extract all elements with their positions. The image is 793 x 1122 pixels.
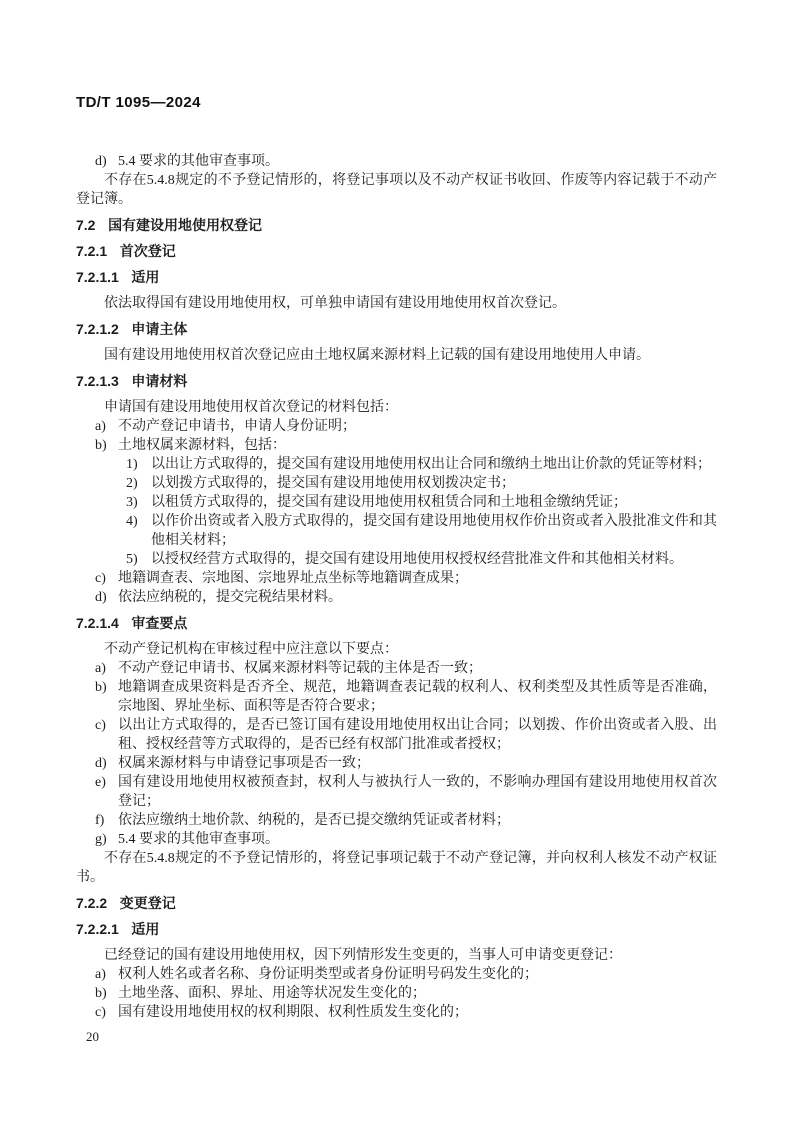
list-text: 依法应纳税的，提交完税结果材料。: [118, 590, 342, 605]
clause-number: 7.2.1.3: [76, 373, 119, 389]
clause-heading: 7.2.1.3申请材料: [76, 372, 717, 391]
list-item: a)权利人姓名或者名称、身份证明类型或者身份证明号码发生变化的；: [76, 965, 717, 984]
list-marker: d): [95, 152, 107, 171]
clause-heading: 7.2国有建设用地使用权登记: [76, 216, 717, 235]
list-text: 以出让方式取得的，是否已签订国有建设用地使用权出让合同；以划拨、作价出资或者入股…: [118, 718, 717, 752]
list-marker: c): [95, 1003, 106, 1022]
list-item: b)土地权属来源材料，包括：: [76, 436, 717, 455]
clause-title: 适用: [131, 921, 159, 937]
list-text: 5.4 要求的其他审查事项。: [118, 154, 279, 169]
list-text: 土地坐落、面积、界址、用途等状况发生变化的；: [118, 986, 426, 1001]
clause-heading: 7.2.1.4审查要点: [76, 614, 717, 633]
list-marker: b): [95, 436, 107, 455]
paragraph: 已经登记的国有建设用地使用权，因下列情形发生变更的，当事人可申请变更登记：: [76, 946, 717, 965]
list-text: 权属来源材料与申请登记事项是否一致；: [118, 756, 370, 771]
sub-list-item: 2)以划拨方式取得的，提交国有建设用地使用权划拨决定书；: [76, 474, 717, 493]
list-item: a)不动产登记申请书，申请人身份证明；: [76, 417, 717, 436]
clause-title: 适用: [131, 269, 159, 285]
list-marker: g): [95, 830, 107, 849]
document-page: TD/T 1095—2024 d)5.4 要求的其他审查事项。 不存在5.4.8…: [0, 0, 793, 1122]
paragraph: 依法取得国有建设用地使用权，可单独申请国有建设用地使用权首次登记。: [76, 294, 717, 313]
clause-title: 首次登记: [120, 243, 176, 259]
clause-title: 国有建设用地使用权登记: [108, 217, 262, 233]
list-text: 以租赁方式取得的，提交国有建设用地使用权租赁合同和土地租金缴纳凭证；: [151, 495, 627, 510]
list-item: c)以出让方式取得的，是否已签订国有建设用地使用权出让合同；以划拨、作价出资或者…: [76, 716, 717, 754]
clause-title: 申请材料: [131, 373, 187, 389]
list-marker: a): [95, 965, 106, 984]
list-text: 国有建设用地使用权被预查封，权利人与被执行人一致的，不影响办理国有建设用地使用权…: [118, 775, 717, 809]
clause-title: 审查要点: [131, 615, 187, 631]
clause-heading: 7.2.2变更登记: [76, 894, 717, 913]
document-body: d)5.4 要求的其他审查事项。 不存在5.4.8规定的不予登记情形的，将登记事…: [76, 152, 717, 1046]
sub-list-item: 5)以授权经营方式取得的，提交国有建设用地使用权授权经营批准文件和其他相关材料。: [76, 550, 717, 569]
paragraph: 不动产登记机构在审核过程中应注意以下要点：: [76, 640, 717, 659]
list-item: g)5.4 要求的其他审查事项。: [76, 830, 717, 849]
list-item: d)依法应纳税的，提交完税结果材料。: [76, 588, 717, 607]
list-text: 不动产登记申请书、权属来源材料等记载的主体是否一致；: [118, 661, 482, 676]
list-marker: a): [95, 659, 106, 678]
sub-list-item: 1)以出让方式取得的，提交国有建设用地使用权出让合同和缴纳土地出让价款的凭证等材…: [76, 455, 717, 474]
list-item: d)权属来源材料与申请登记事项是否一致；: [76, 754, 717, 773]
paragraph: 申请国有建设用地使用权首次登记的材料包括：: [76, 398, 717, 417]
list-item: f)依法应缴纳土地价款、纳税的，是否已提交缴纳凭证或者材料；: [76, 811, 717, 830]
list-text: 以出让方式取得的，提交国有建设用地使用权出让合同和缴纳土地出让价款的凭证等材料；: [151, 457, 711, 472]
clause-number: 7.2.1.2: [76, 321, 119, 337]
standard-number-header: TD/T 1095—2024: [76, 94, 201, 111]
list-marker: d): [95, 588, 107, 607]
list-text: 依法应缴纳土地价款、纳税的，是否已提交缴纳凭证或者材料；: [118, 813, 510, 828]
list-marker: b): [95, 678, 107, 697]
list-marker: f): [95, 811, 104, 830]
list-marker: 5): [126, 550, 138, 569]
paragraph: 不存在5.4.8规定的不予登记情形的，将登记事项以及不动产权证书收回、作废等内容…: [76, 171, 717, 209]
list-item: b)土地坐落、面积、界址、用途等状况发生变化的；: [76, 984, 717, 1003]
list-text: 国有建设用地使用权的权利期限、权利性质发生变化的；: [118, 1005, 468, 1020]
clause-heading: 7.2.2.1适用: [76, 920, 717, 939]
list-item: c)国有建设用地使用权的权利期限、权利性质发生变化的；: [76, 1003, 717, 1022]
list-item: b)地籍调查成果资料是否齐全、规范，地籍调查表记载的权利人、权利类型及其性质等是…: [76, 678, 717, 716]
list-marker: 1): [126, 455, 138, 474]
clause-number: 7.2.1: [76, 243, 107, 259]
list-marker: 4): [126, 512, 138, 531]
list-item: d)5.4 要求的其他审查事项。: [76, 152, 717, 171]
list-marker: b): [95, 984, 107, 1003]
list-text: 以划拨方式取得的，提交国有建设用地使用权划拨决定书；: [151, 476, 515, 491]
clause-number: 7.2.2: [76, 895, 107, 911]
clause-title: 申请主体: [131, 321, 187, 337]
page-number: 20: [86, 1027, 717, 1046]
clause-number: 7.2.1.1: [76, 269, 119, 285]
sub-list-item: 4)以作价出资或者入股方式取得的，提交国有建设用地使用权作价出资或者入股批准文件…: [76, 512, 717, 550]
list-text: 权利人姓名或者名称、身份证明类型或者身份证明号码发生变化的；: [118, 967, 538, 982]
clause-heading: 7.2.1首次登记: [76, 242, 717, 261]
clause-title: 变更登记: [120, 895, 176, 911]
list-marker: c): [95, 716, 106, 735]
clause-number: 7.2.1.4: [76, 615, 119, 631]
list-marker: a): [95, 417, 106, 436]
list-text: 地籍调查表、宗地图、宗地界址点坐标等地籍调查成果；: [118, 571, 468, 586]
list-text: 以作价出资或者入股方式取得的，提交国有建设用地使用权作价出资或者入股批准文件和其…: [151, 514, 717, 548]
list-text: 地籍调查成果资料是否齐全、规范，地籍调查表记载的权利人、权利类型及其性质等是否准…: [118, 680, 717, 714]
sub-list-item: 3)以租赁方式取得的，提交国有建设用地使用权租赁合同和土地租金缴纳凭证；: [76, 493, 717, 512]
paragraph: 国有建设用地使用权首次登记应由土地权属来源材料上记载的国有建设用地使用人申请。: [76, 346, 717, 365]
list-text: 不动产登记申请书，申请人身份证明；: [118, 419, 356, 434]
paragraph: 不存在5.4.8规定的不予登记情形的，将登记事项记载于不动产登记簿，并向权利人核…: [76, 849, 717, 887]
clause-number: 7.2: [76, 217, 95, 233]
list-marker: 3): [126, 493, 138, 512]
list-marker: e): [95, 773, 106, 792]
clause-heading: 7.2.1.1适用: [76, 268, 717, 287]
clause-heading: 7.2.1.2申请主体: [76, 320, 717, 339]
list-item: c)地籍调查表、宗地图、宗地界址点坐标等地籍调查成果；: [76, 569, 717, 588]
list-text: 以授权经营方式取得的，提交国有建设用地使用权授权经营批准文件和其他相关材料。: [151, 552, 683, 567]
list-item: e)国有建设用地使用权被预查封，权利人与被执行人一致的，不影响办理国有建设用地使…: [76, 773, 717, 811]
list-marker: d): [95, 754, 107, 773]
clause-number: 7.2.2.1: [76, 921, 119, 937]
list-text: 土地权属来源材料，包括：: [118, 438, 286, 453]
list-item: a)不动产登记申请书、权属来源材料等记载的主体是否一致；: [76, 659, 717, 678]
list-text: 5.4 要求的其他审查事项。: [118, 832, 279, 847]
list-marker: c): [95, 569, 106, 588]
list-marker: 2): [126, 474, 138, 493]
